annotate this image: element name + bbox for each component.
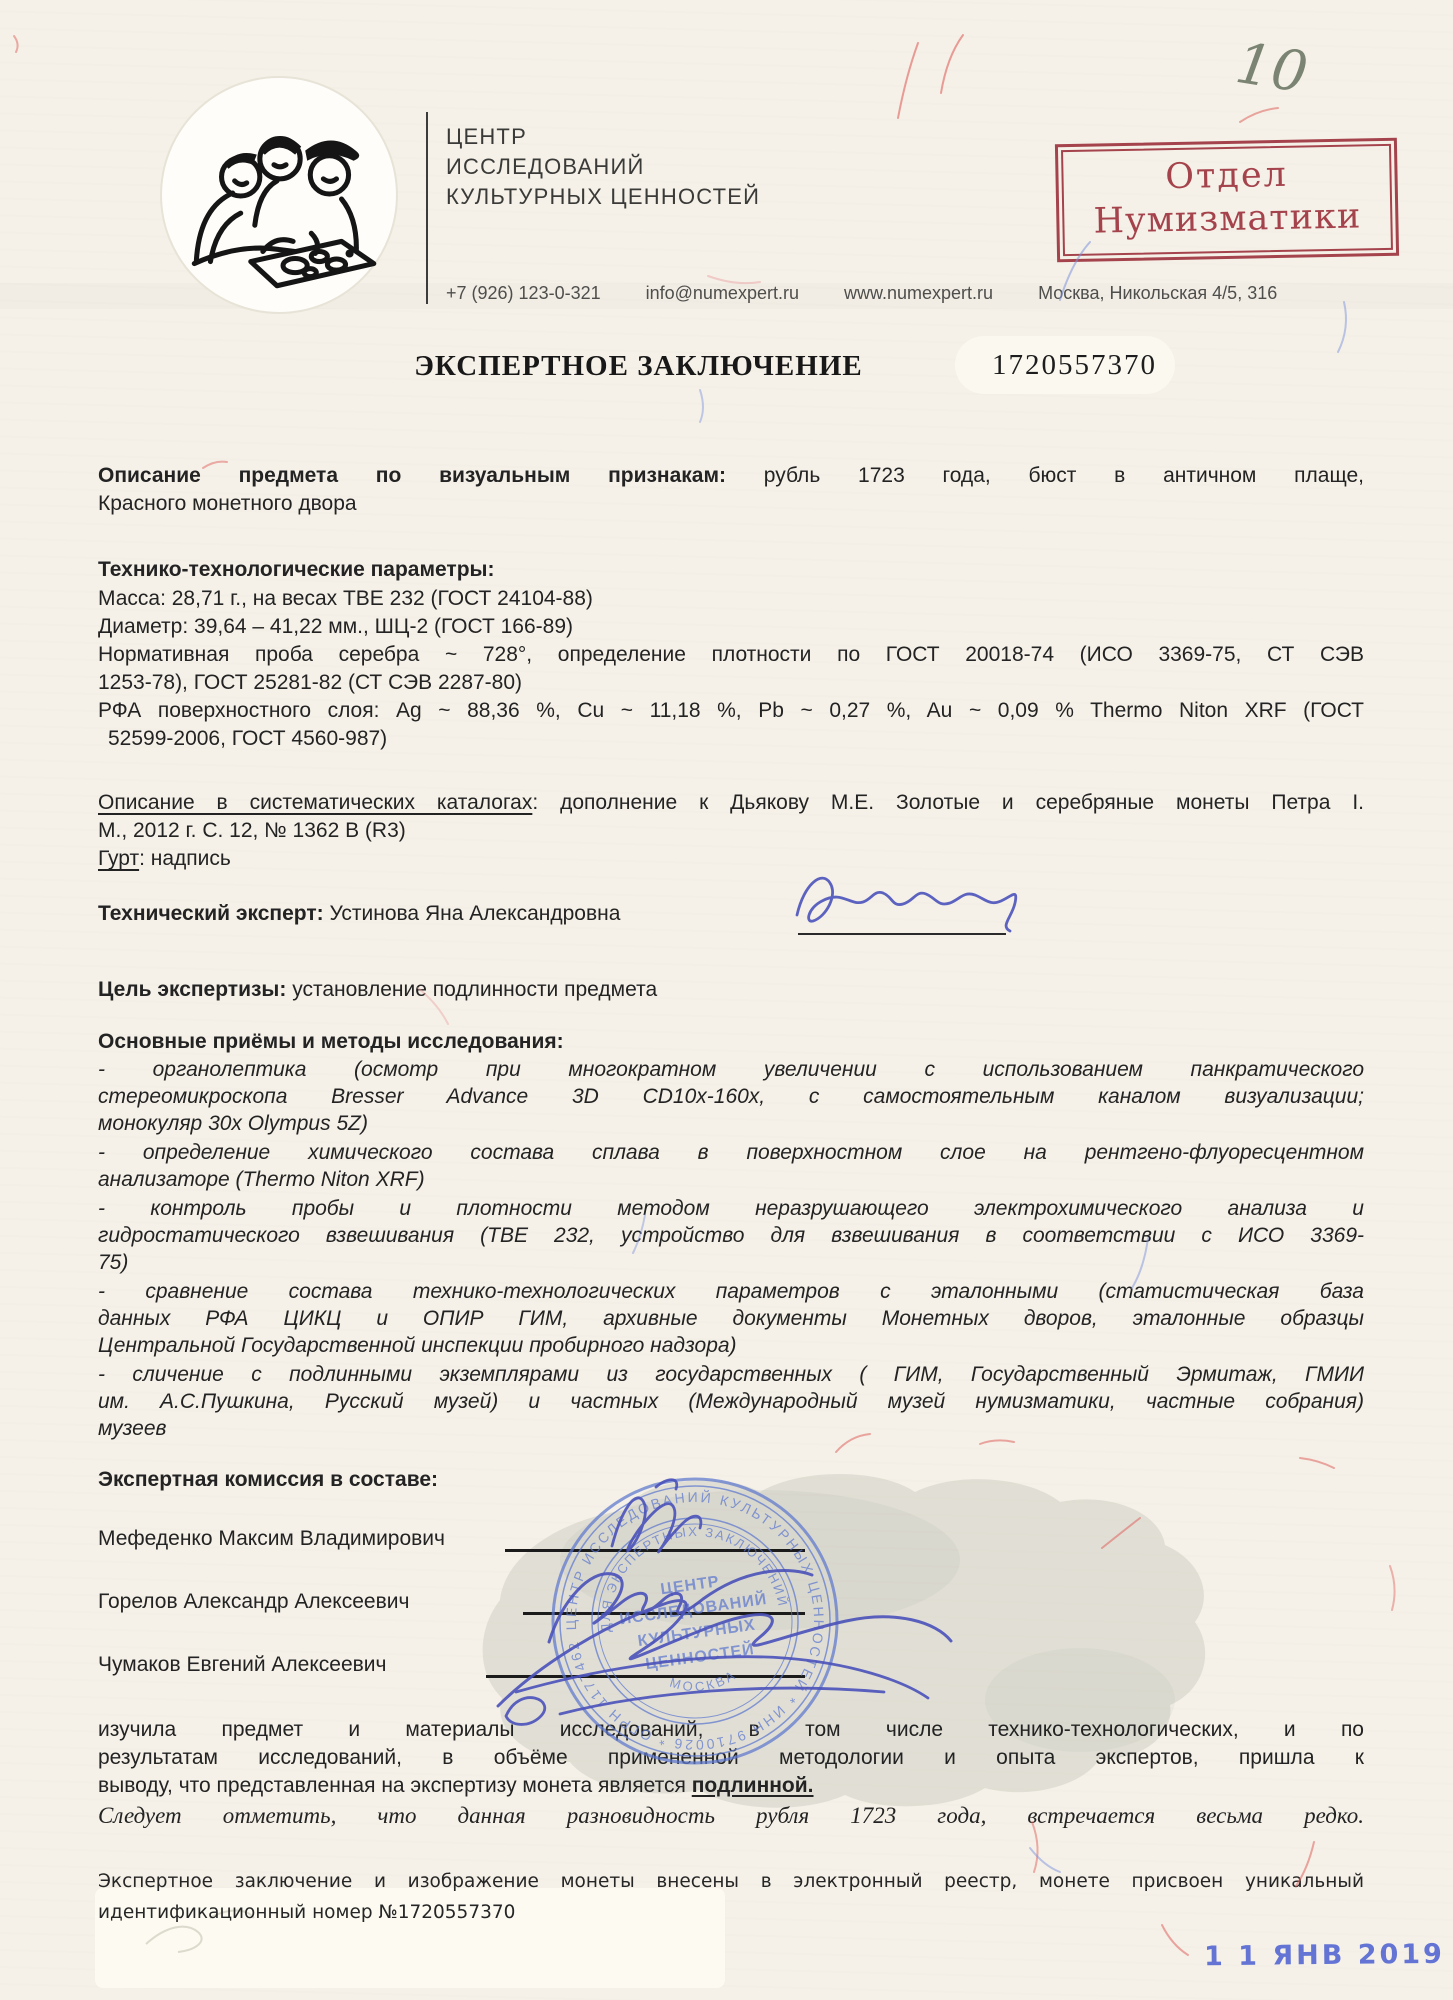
method-item-line: 75) — [98, 1249, 1364, 1276]
paragraph-line: Красного монетного двора — [98, 490, 1364, 518]
conclusion-line: результатам исследований, в объёме приме… — [98, 1744, 1364, 1772]
round-stamp-center-line: ЦЕНТР — [659, 1573, 720, 1598]
scanned-expert-report-page: ЦЕНТР ИССЛЕДОВАНИЙ КУЛЬТУРНЫХ ЦЕННОСТЕЙ … — [0, 0, 1453, 2000]
methods-heading: Основные приёмы и методы исследования: — [98, 1028, 1364, 1056]
commission-member: Горелов Александр Алексеевич — [98, 1590, 409, 1614]
tech-diameter-line: Диаметр: 39,64 – 41,22 мм., ШЦ-2 (ГОСТ 1… — [98, 613, 1364, 641]
org-name-line: ИССЛЕДОВАНИЙ — [446, 152, 760, 182]
numismatics-department-stamp: Отдел Нумизматики — [1055, 138, 1399, 263]
org-name: ЦЕНТР ИССЛЕДОВАНИЙ КУЛЬТУРНЫХ ЦЕННОСТЕЙ — [446, 122, 760, 212]
round-stamp-center-line: ИССЛЕДОВАНИЙ — [618, 1589, 768, 1629]
round-stamp-inner-text: ДЛЯ ЭКСПЕРТНЫХ ЗАКЛЮЧЕНИЙ — [585, 1511, 791, 1634]
tech-assay-line: Нормативная проба серебра ~ 728°, опреде… — [98, 641, 1364, 669]
member-signature-line — [505, 1549, 805, 1552]
org-logo-drawing — [158, 74, 400, 316]
paragraph-line: М., 2012 г. С. 12, № 1362 В (R3) — [98, 817, 1364, 845]
method-item-line: - сравнение состава технико-технологичес… — [98, 1278, 1364, 1305]
section-visual-description: Описание предмета по визуальным признака… — [98, 462, 1364, 518]
expert-signature-line — [798, 933, 1006, 935]
method-item-line: данных РФА ЦИКЦ и ОПИР ГИМ, архивные док… — [98, 1305, 1364, 1332]
tech-xrf-line: РФА поверхностного слоя: Ag ~ 88,36 %, C… — [98, 697, 1364, 725]
header-divider — [426, 112, 428, 304]
section-tech-params: Масса: 28,71 г., на весах ТВЕ 232 (ГОСТ … — [98, 585, 1364, 753]
technical-expert-name: Устинова Яна Александровна — [329, 902, 620, 925]
svg-text:ДЛЯ ЭКСПЕРТНЫХ ЗАКЛЮЧЕНИЙ: ДЛЯ ЭКСПЕРТНЫХ ЗАКЛЮЧЕНИЙ — [585, 1511, 791, 1634]
purpose-text: установление подлинности предмета — [292, 978, 657, 1001]
verdict-word: подлинной. — [692, 1774, 814, 1797]
round-stamp-center-line: ЦЕННОСТЕЙ — [644, 1639, 756, 1673]
svg-text:МОСКВА: МОСКВА — [666, 1666, 741, 1699]
visual-description-label: Описание предмета по визуальным признака… — [98, 464, 726, 487]
member-signature-line — [486, 1675, 805, 1678]
purpose-label: Цель экспертизы: — [98, 978, 286, 1001]
email-address: info@numexpert.ru — [646, 283, 799, 303]
org-name-line: ЦЕНТР — [446, 122, 760, 152]
section-purpose: Цель экспертизы: установление подлинност… — [98, 976, 1364, 1004]
method-item-line: - органолептика (осмотр при многократном… — [98, 1056, 1364, 1083]
method-item-line: музеев — [98, 1415, 1364, 1442]
method-item-line: им. А.С.Пушкина, Русский музей) и частны… — [98, 1388, 1364, 1415]
rarity-note: Следует отметить, что данная разновиднос… — [98, 1802, 1364, 1830]
member3-signature — [498, 1601, 951, 1706]
member3-signature — [560, 1688, 884, 1714]
commission-heading: Экспертная комиссия в составе: — [98, 1466, 1364, 1494]
section-catalog: Описание в систематических каталогах: до… — [98, 789, 1364, 873]
postal-address: Москва, Никольская 4/5, 316 — [1038, 283, 1277, 303]
contact-info: +7 (926) 123-0-321 info@numexpert.ru www… — [446, 283, 1277, 304]
conclusion-text: выводу, что представленная на экспертизу… — [98, 1774, 692, 1797]
commission-member: Мефеденко Максим Владимирович — [98, 1527, 445, 1551]
dept-stamp-line: Нумизматики — [1068, 194, 1387, 244]
catalog-label: Описание в систематических каталогах — [98, 791, 532, 814]
commission-member: Чумаков Евгений Алексеевич — [98, 1653, 386, 1677]
method-item-line: монокуляр 30x Olympus 5Z) — [98, 1110, 1364, 1137]
numismatics-department-stamp-inner: Отдел Нумизматики — [1061, 144, 1393, 256]
member-signature-line — [523, 1612, 805, 1615]
technical-expert-label: Технический эксперт: — [98, 902, 324, 925]
paragraph-line: Описание в систематических каталогах: до… — [98, 789, 1364, 817]
method-item-line: - сличение с подлинными экземплярами из … — [98, 1361, 1364, 1388]
visual-description-text: рубль 1723 года, бюст в античном плаще, — [764, 464, 1364, 487]
round-stamp-center-line: КУЛЬТУРНЫХ — [637, 1617, 757, 1650]
tech-params-heading: Технико-технологические параметры: — [98, 556, 1364, 584]
gurt-text: : надпись — [139, 847, 231, 870]
org-name-line: КУЛЬТУРНЫХ ЦЕННОСТЕЙ — [446, 182, 760, 212]
conclusion-line: изучила предмет и материалы исследований… — [98, 1716, 1364, 1744]
section-technical-expert: Технический эксперт: Устинова Яна Алекса… — [98, 900, 1364, 928]
tech-xrf-line: 52599-2006, ГОСТ 4560-987) — [98, 725, 1364, 753]
date-stamp: 1 1 ЯНВ 2019 — [1204, 1939, 1445, 1973]
section-registry: Экспертное заключение и изображение моне… — [98, 1866, 1364, 1928]
method-item-line: Центральной Государственной инспекции пр… — [98, 1332, 1364, 1359]
org-logo — [158, 74, 400, 316]
method-item-line: - определение химического состава сплава… — [98, 1139, 1364, 1166]
section-methods: - органолептика (осмотр при многократном… — [98, 1056, 1364, 1442]
registry-line: идентификационный номер №1720557370 — [98, 1897, 1364, 1928]
member1-signature — [612, 1498, 701, 1552]
section-conclusion: изучила предмет и материалы исследований… — [98, 1716, 1364, 1800]
member2-signature — [549, 1571, 812, 1642]
gurt-line: Гурт: надпись — [98, 845, 1364, 873]
tech-assay-line: 1253-78), ГОСТ 25281-82 (СТ СЭВ 2287-80) — [98, 669, 1364, 697]
method-item-line: стереомикроскопа Bresser Advance 3D CD10… — [98, 1083, 1364, 1110]
method-item-line: гидростатического взвешивания (ТВЕ 232, … — [98, 1222, 1364, 1249]
paragraph-line: Описание предмета по визуальным признака… — [98, 462, 1364, 490]
conclusion-line: выводу, что представленная на экспертизу… — [98, 1772, 1364, 1800]
dept-stamp-line: Отдел — [1067, 152, 1386, 200]
document-title: ЭКСПЕРТНОЕ ЗАКЛЮЧЕНИЕ — [0, 350, 1365, 383]
tech-mass-line: Масса: 28,71 г., на весах ТВЕ 232 (ГОСТ … — [98, 585, 1364, 613]
registry-line: Экспертное заключение и изображение моне… — [98, 1866, 1364, 1897]
website-url: www.numexpert.ru — [844, 283, 993, 303]
gurt-label: Гурт — [98, 847, 139, 870]
method-item-line: - контроль пробы и плотности методом нер… — [98, 1195, 1364, 1222]
round-stamp-bottom-text: МОСКВА — [666, 1666, 741, 1699]
phone-number: +7 (926) 123-0-321 — [446, 283, 601, 303]
handwritten-page-number: 10 — [1231, 31, 1312, 106]
method-item-line: анализаторе (Thermo Niton XRF) — [98, 1166, 1364, 1193]
catalog-text: : дополнение к Дьякову М.Е. Золотые и се… — [532, 791, 1364, 814]
document-number: 1720557370 — [992, 349, 1157, 382]
